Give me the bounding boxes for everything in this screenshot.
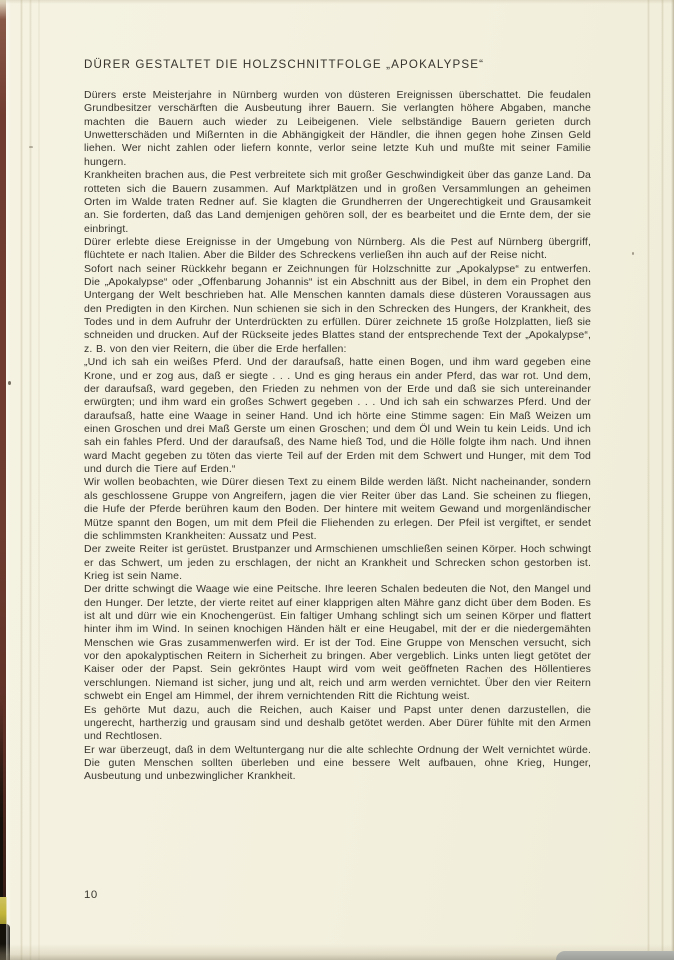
scan-speck	[29, 146, 33, 148]
body-paragraph: Wir wollen beobachten, wie Dürer diesen …	[84, 476, 591, 543]
body-paragraph: Krankheiten brachen aus, die Pest verbre…	[84, 169, 591, 236]
page-number: 10	[84, 889, 98, 901]
scanner-surface-corner	[556, 951, 674, 960]
body-paragraph: Sofort nach seiner Rückkehr begann er Ze…	[84, 263, 591, 357]
body-paragraph: Dürers erste Meisterjahre in Nürnberg wu…	[84, 89, 591, 169]
spine-shadow	[0, 700, 3, 925]
page-gutter-highlight	[6, 0, 11, 960]
page-crease	[29, 0, 32, 960]
body-paragraph: „Und ich sah ein weißes Pferd. Und der d…	[84, 356, 591, 476]
body-paragraph: Es gehörte Mut dazu, auch die Reichen, a…	[84, 704, 591, 744]
body-paragraph: Dürer erlebte diese Ereignisse in der Um…	[84, 236, 591, 263]
scan-speck	[632, 252, 634, 255]
page-crease	[661, 0, 664, 960]
page-crease	[20, 0, 23, 960]
body-paragraph: Der zweite Reiter ist gerüstet. Brustpan…	[84, 543, 591, 583]
page-title: DÜRER GESTALTET DIE HOLZSCHNITTFOLGE „AP…	[84, 58, 591, 71]
page-crease	[647, 0, 650, 960]
body-paragraph: Er war überzeugt, daß in dem Weltunterga…	[84, 744, 591, 784]
book-page: DÜRER GESTALTET DIE HOLZSCHNITTFOLGE „AP…	[0, 0, 674, 960]
page-crease	[38, 0, 40, 960]
body-paragraph: Der dritte schwingt die Waage wie eine P…	[84, 583, 591, 703]
page-content: DÜRER GESTALTET DIE HOLZSCHNITTFOLGE „AP…	[84, 58, 591, 784]
page-top-shadow	[0, 0, 674, 4]
